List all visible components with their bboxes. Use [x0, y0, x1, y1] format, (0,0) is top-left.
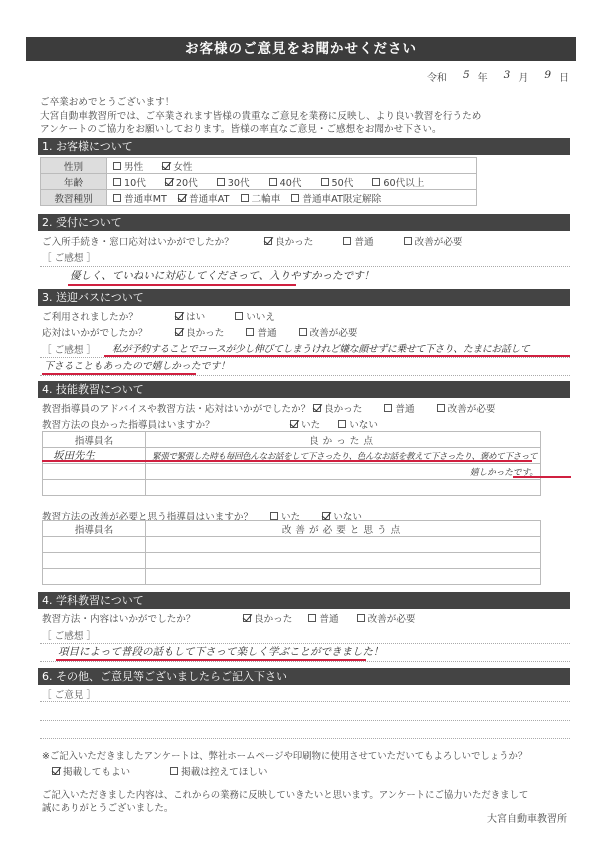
checkbox-icon[interactable]	[269, 178, 277, 186]
consent-question: ※ご記入いただきましたアンケートは、弊社ホームページや印刷物に使用させていただい…	[42, 750, 572, 763]
checkbox-icon[interactable]	[357, 614, 365, 622]
checkbox-no-none[interactable]: いない	[338, 417, 378, 431]
section-header-classroom-lessons: 4. 学科教習について	[38, 592, 570, 609]
checkbox-checked-icon[interactable]	[322, 512, 330, 520]
checkbox-needs-improvement[interactable]: 改善が必要	[357, 611, 416, 625]
column-header: 指導員名	[43, 432, 146, 448]
checkbox-checked-icon[interactable]	[175, 328, 183, 336]
red-underline	[513, 476, 571, 478]
bus-comment-line2[interactable]: 下さることもあったので嬉しかったです！	[44, 358, 230, 372]
checkbox-mt[interactable]: 普通車MT	[113, 191, 167, 205]
column-header: 指導員名	[43, 521, 146, 537]
checkbox-checked-icon[interactable]	[290, 420, 298, 428]
comment-label: ［ ご感想 ］	[42, 628, 96, 642]
table-row: 年齢 10代 20代 30代 40代 50代 60代以上	[41, 174, 477, 190]
checkbox-checked-icon[interactable]	[178, 194, 186, 202]
checkbox-needs-improvement[interactable]: 改善が必要	[404, 234, 463, 248]
red-underline	[68, 284, 296, 286]
comment-label: ［ ご感想 ］	[42, 342, 96, 356]
table-row	[43, 480, 541, 496]
checkbox-icon[interactable]	[437, 404, 445, 412]
comment-label: ［ ご感想 ］	[42, 250, 96, 264]
checkbox-icon[interactable]	[246, 328, 254, 336]
divider	[40, 375, 570, 376]
table-row: 教習種別 普通車MT 普通車AT 二輪車 普通車AT限定解除	[41, 190, 477, 206]
checkbox-publish-decline[interactable]: 掲載は控えてほしい	[170, 764, 267, 778]
customer-info-table: 性別 男性 女性 年齢 10代 20代 30代 40代 50代 60代以上 教習…	[40, 157, 477, 206]
column-header: 改善が必要と思う点	[146, 521, 541, 537]
other-comment-line[interactable]	[40, 720, 570, 721]
checkbox-checked-icon[interactable]	[175, 312, 183, 320]
section-header-other: 6. その他、ご意見等ございましたらご記入下さい	[38, 668, 570, 685]
bus-comment-line1[interactable]: 私が予約することでコースが少し伸びてしまうけれど嫌な顔せずに乗せて下さり、たまに…	[112, 341, 529, 355]
checkbox-checked-icon[interactable]	[313, 404, 321, 412]
date-day[interactable]: 9	[544, 69, 551, 84]
checkbox-checked-icon[interactable]	[52, 767, 60, 775]
question-bus-service: 応対はいかがでしたか？ 良かった 普通 改善が必要	[42, 325, 376, 339]
checkbox-icon[interactable]	[308, 614, 316, 622]
checkbox-needs-improvement[interactable]: 改善が必要	[437, 401, 496, 415]
table-row	[43, 553, 541, 569]
table-row: 性別 男性 女性	[41, 158, 477, 174]
checkbox-age-10s[interactable]: 10代	[113, 175, 146, 189]
intro-line: 大宮自動車教習所では、ご卒業されます皆様の貴重なご意見を業務に反映し、より良い教…	[40, 110, 560, 124]
improvement-instructor-table: 指導員名 改善が必要と思う点	[42, 520, 541, 585]
section-header-shuttle-bus: 3. 送迎バスについて	[38, 289, 570, 306]
checkbox-icon[interactable]	[404, 237, 412, 245]
checkbox-icon[interactable]	[170, 767, 178, 775]
checkbox-at[interactable]: 普通車AT	[178, 191, 229, 205]
checkbox-needs-improvement[interactable]: 改善が必要	[299, 325, 358, 339]
checkbox-icon[interactable]	[384, 404, 392, 412]
checkbox-icon[interactable]	[113, 178, 121, 186]
row-label: 年齢	[41, 174, 107, 190]
table-row	[43, 569, 541, 585]
divider	[40, 266, 570, 267]
checkbox-at-release[interactable]: 普通車AT限定解除	[291, 191, 381, 205]
checkbox-icon[interactable]	[235, 312, 243, 320]
checkbox-icon[interactable]	[291, 194, 299, 202]
date-day-unit: 日	[559, 69, 569, 84]
thanks-message: ご記入いただきました内容は、これからの業務に反映していきたいと思います。アンケー…	[42, 789, 572, 815]
checkbox-no[interactable]: いいえ	[235, 309, 275, 323]
checkbox-icon[interactable]	[321, 178, 329, 186]
date-year[interactable]: 5	[463, 69, 470, 84]
intro-line: ご卒業おめでとうございます！	[40, 96, 560, 110]
checkbox-icon[interactable]	[343, 237, 351, 245]
row-label: 性別	[41, 158, 107, 174]
question-bus-used: ご利用されましたか？ はい いいえ	[42, 309, 293, 323]
question-instructor-quality: 教習指導員のアドバイスや教習方法・応対はいかがでしたか？ 良かった 普通 改善が…	[42, 401, 514, 415]
checkbox-publish-ok[interactable]: 掲載してもよい	[52, 764, 130, 778]
form-title: お客様のご意見をお聞かせください	[26, 37, 576, 61]
comment-label: ［ ご意見 ］	[42, 687, 96, 701]
checkbox-good[interactable]: 良かった	[264, 234, 313, 248]
checkbox-good[interactable]: 良かった	[175, 325, 224, 339]
date-year-unit: 年	[478, 69, 488, 84]
date-field: 令和 5 年 3 月 9 日	[427, 69, 569, 84]
checkbox-good[interactable]: 良かった	[313, 401, 362, 415]
checkbox-icon[interactable]	[338, 420, 346, 428]
checkbox-yes-existed[interactable]: いた	[290, 417, 320, 431]
checkbox-icon[interactable]	[217, 178, 225, 186]
checkbox-average[interactable]: 普通	[384, 401, 414, 415]
other-comment-line[interactable]	[40, 701, 570, 702]
section-header-driving-lessons: 4. 技能教習について	[38, 381, 570, 398]
table-row: 嬉しかったです。	[43, 464, 541, 480]
checkbox-icon[interactable]	[113, 162, 121, 170]
checkbox-motorcycle[interactable]: 二輪車	[241, 191, 281, 205]
checkbox-checked-icon[interactable]	[162, 162, 170, 170]
table-header-row: 指導員名 改善が必要と思う点	[43, 521, 541, 537]
section-header-reception: 2. 受付について	[38, 214, 570, 231]
checkbox-age-40s[interactable]: 40代	[269, 175, 302, 189]
checkbox-average[interactable]: 普通	[308, 611, 338, 625]
table-header-row: 指導員名 良かった点	[43, 432, 541, 448]
question-good-instructor: 教習方法の良かった指導員はいますか？ いた いない	[42, 417, 396, 431]
date-month-unit: 月	[518, 69, 528, 84]
classroom-comment[interactable]: 項目によって普段の話もして下さって楽しく学ぶことができました！	[58, 644, 384, 659]
checkbox-checked-icon[interactable]	[264, 237, 272, 245]
checkbox-icon[interactable]	[241, 194, 249, 202]
column-header: 良かった点	[146, 432, 541, 448]
question-reception: ご入所手続き・窓口応対はいかがでしたか？ 良かった 普通 改善が必要	[42, 234, 481, 248]
date-era: 令和	[427, 69, 447, 84]
checkbox-icon[interactable]	[372, 178, 380, 186]
checkbox-age-60s-plus[interactable]: 60代以上	[372, 175, 424, 189]
signature: 大宮自動車教習所	[487, 813, 567, 826]
red-underline	[42, 460, 532, 462]
question-classroom: 教習方法・内容はいかがでしたか？ 良かった 普通 改善が必要	[42, 611, 434, 625]
section-header-customer: 1. お客様について	[38, 138, 570, 155]
checkbox-icon[interactable]	[270, 512, 278, 520]
intro-text: ご卒業おめでとうございます！ 大宮自動車教習所では、ご卒業されます皆様の貴重なご…	[40, 96, 560, 137]
checkbox-yes[interactable]: はい	[175, 309, 205, 323]
table-row	[43, 537, 541, 553]
intro-line: アンケートのご協力をお願いしております。皆様の率直なご意見・ご感想をお聞かせ下さ…	[40, 123, 560, 137]
checkbox-female[interactable]: 女性	[162, 159, 192, 173]
checkbox-age-20s[interactable]: 20代	[165, 175, 198, 189]
checkbox-icon[interactable]	[299, 328, 307, 336]
reception-comment[interactable]: 優しく、ていねいに対応してくださって、入りやすかったです！	[70, 268, 374, 283]
divider	[40, 661, 570, 662]
row-label: 教習種別	[41, 190, 107, 206]
checkbox-average[interactable]: 普通	[343, 234, 373, 248]
other-comment-line[interactable]	[40, 738, 570, 739]
checkbox-good[interactable]: 良かった	[243, 611, 292, 625]
checkbox-icon[interactable]	[113, 194, 121, 202]
checkbox-checked-icon[interactable]	[243, 614, 251, 622]
good-instructor-table: 指導員名 良かった点 坂田先生 緊張で緊張した時も毎回色んなお話をして下さったり…	[42, 431, 541, 496]
checkbox-male[interactable]: 男性	[113, 159, 143, 173]
checkbox-average[interactable]: 普通	[246, 325, 276, 339]
consent-options: 掲載してもよい 掲載は控えてほしい	[52, 764, 286, 778]
checkbox-age-30s[interactable]: 30代	[217, 175, 250, 189]
checkbox-checked-icon[interactable]	[165, 178, 173, 186]
date-month[interactable]: 3	[504, 69, 511, 84]
checkbox-age-50s[interactable]: 50代	[321, 175, 354, 189]
